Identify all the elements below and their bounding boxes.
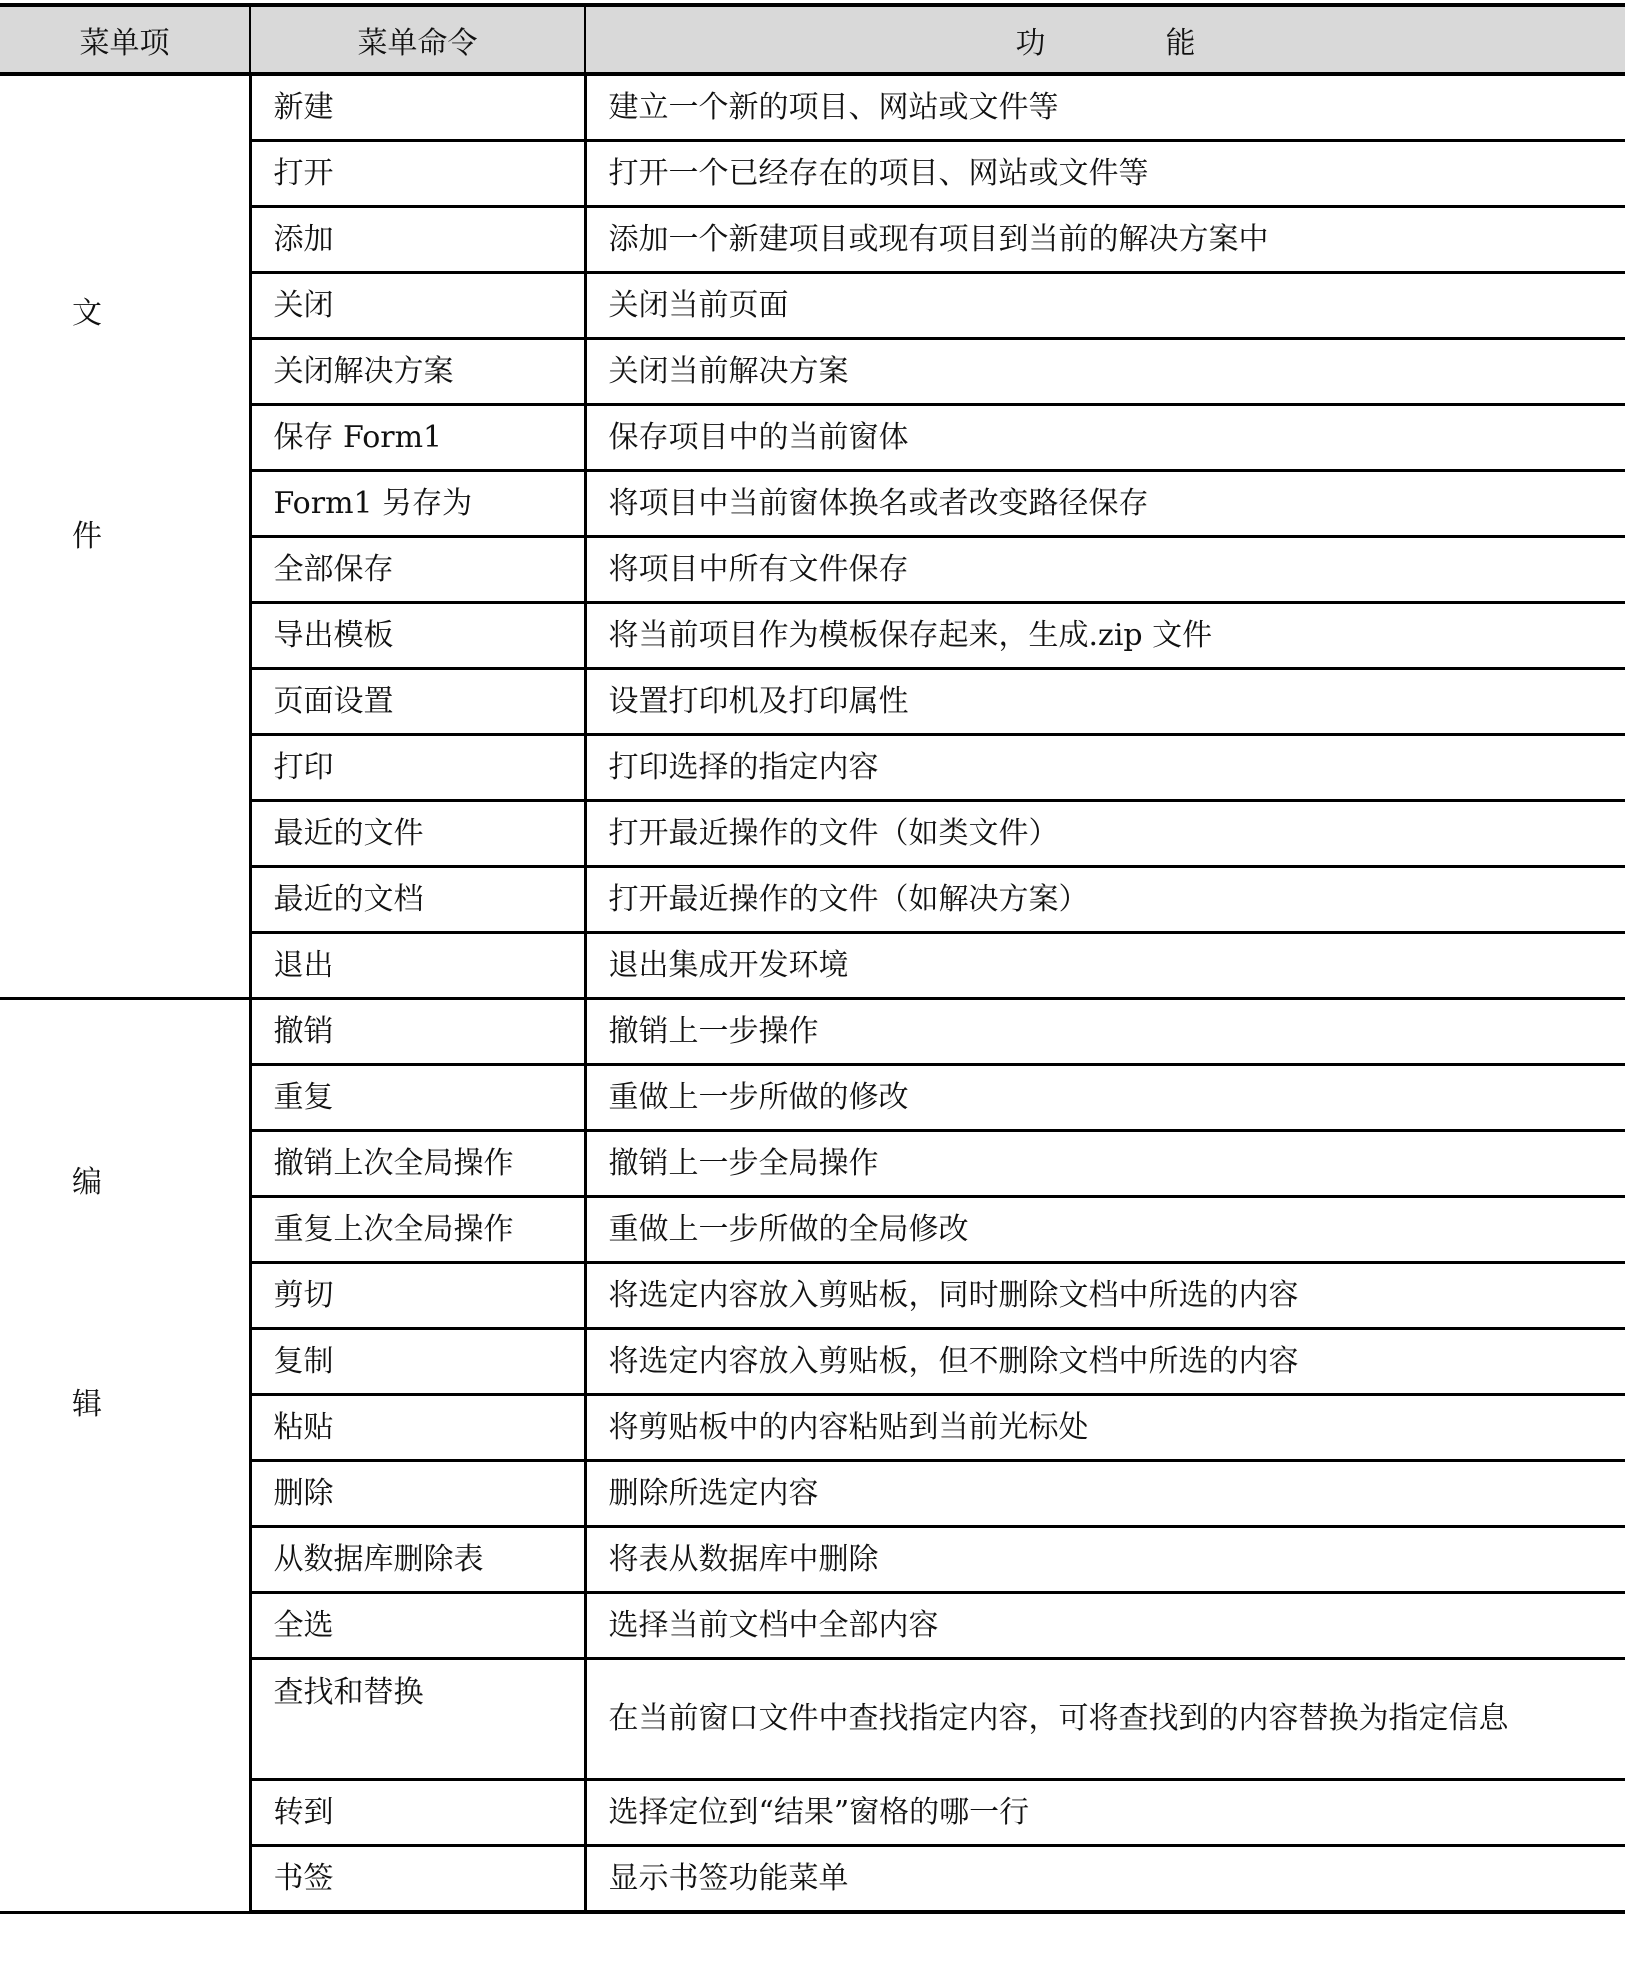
- function-cell: 关闭当前解决方案: [585, 339, 1625, 405]
- header-function: 功能: [585, 5, 1625, 74]
- function-cell: 打开一个已经存在的项目、网站或文件等: [585, 141, 1625, 207]
- command-cell: 打印: [250, 735, 585, 801]
- function-cell: 重做上一步所做的修改: [585, 1065, 1625, 1131]
- command-cell: 导出模板: [250, 603, 585, 669]
- command-cell: 转到: [250, 1780, 585, 1846]
- command-cell: 粘贴: [250, 1395, 585, 1461]
- function-cell: 在当前窗口文件中查找指定内容，可将查找到的内容替换为指定信息: [585, 1659, 1625, 1780]
- function-cell: 将项目中所有文件保存: [585, 537, 1625, 603]
- function-cell: 打开最近操作的文件（如解决方案）: [585, 867, 1625, 933]
- function-cell: 将表从数据库中删除: [585, 1527, 1625, 1593]
- table-header-row: 菜单项 菜单命令 功能: [0, 5, 1625, 74]
- group-label-char: 文: [72, 291, 102, 336]
- command-cell: 保存 Form1: [250, 405, 585, 471]
- command-cell: 撤销上次全局操作: [250, 1131, 585, 1197]
- group-label-char: 辑: [72, 1382, 102, 1427]
- header-menu-item: 菜单项: [0, 5, 250, 74]
- command-cell: 撤销: [250, 999, 585, 1065]
- command-cell: 打开: [250, 141, 585, 207]
- command-cell: 最近的文件: [250, 801, 585, 867]
- header-menu-command: 菜单命令: [250, 5, 585, 74]
- menu-command-table: 菜单项 菜单命令 功能 文 件 新建 建立一个新的项目、网站或文件等 打开 打开…: [0, 3, 1625, 1914]
- group-label-char: 编: [72, 1160, 102, 1205]
- function-cell: 将选定内容放入剪贴板，但不删除文档中所选的内容: [585, 1329, 1625, 1395]
- function-cell: 删除所选定内容: [585, 1461, 1625, 1527]
- command-cell: 退出: [250, 933, 585, 999]
- function-cell: 将剪贴板中的内容粘贴到当前光标处: [585, 1395, 1625, 1461]
- function-cell: 保存项目中的当前窗体: [585, 405, 1625, 471]
- function-cell: 添加一个新建项目或现有项目到当前的解决方案中: [585, 207, 1625, 273]
- function-cell: 将选定内容放入剪贴板，同时删除文档中所选的内容: [585, 1263, 1625, 1329]
- function-cell: 关闭当前页面: [585, 273, 1625, 339]
- command-cell: 查找和替换: [250, 1659, 585, 1780]
- command-cell: 全部保存: [250, 537, 585, 603]
- function-cell: 设置打印机及打印属性: [585, 669, 1625, 735]
- group-cell-edit: 编 辑: [0, 999, 250, 1913]
- command-cell: 新建: [250, 74, 585, 141]
- command-cell: 添加: [250, 207, 585, 273]
- header-function-char-1: 功: [1016, 26, 1046, 61]
- function-cell: 打开最近操作的文件（如类文件）: [585, 801, 1625, 867]
- command-cell: 复制: [250, 1329, 585, 1395]
- table-row: 编 辑 撤销 撤销上一步操作: [0, 999, 1625, 1065]
- header-function-char-2: 能: [1166, 26, 1196, 61]
- function-cell: 选择当前文档中全部内容: [585, 1593, 1625, 1659]
- command-cell: Form1 另存为: [250, 471, 585, 537]
- function-cell: 撤销上一步操作: [585, 999, 1625, 1065]
- command-cell: 关闭解决方案: [250, 339, 585, 405]
- command-cell: 删除: [250, 1461, 585, 1527]
- function-cell: 打印选择的指定内容: [585, 735, 1625, 801]
- function-cell: 将当前项目作为模板保存起来，生成.zip 文件: [585, 603, 1625, 669]
- command-cell: 书签: [250, 1846, 585, 1913]
- function-cell: 撤销上一步全局操作: [585, 1131, 1625, 1197]
- function-cell: 退出集成开发环境: [585, 933, 1625, 999]
- command-cell: 重复: [250, 1065, 585, 1131]
- command-cell: 页面设置: [250, 669, 585, 735]
- command-cell: 最近的文档: [250, 867, 585, 933]
- command-cell: 剪切: [250, 1263, 585, 1329]
- function-cell: 建立一个新的项目、网站或文件等: [585, 74, 1625, 141]
- group-cell-file: 文 件: [0, 74, 250, 999]
- group-label-char: 件: [72, 514, 102, 559]
- command-cell: 重复上次全局操作: [250, 1197, 585, 1263]
- table-row: 文 件 新建 建立一个新的项目、网站或文件等: [0, 74, 1625, 141]
- command-cell: 从数据库删除表: [250, 1527, 585, 1593]
- function-cell: 显示书签功能菜单: [585, 1846, 1625, 1913]
- function-cell: 重做上一步所做的全局修改: [585, 1197, 1625, 1263]
- command-cell: 关闭: [250, 273, 585, 339]
- command-cell: 全选: [250, 1593, 585, 1659]
- function-cell: 将项目中当前窗体换名或者改变路径保存: [585, 471, 1625, 537]
- function-cell: 选择定位到“结果”窗格的哪一行: [585, 1780, 1625, 1846]
